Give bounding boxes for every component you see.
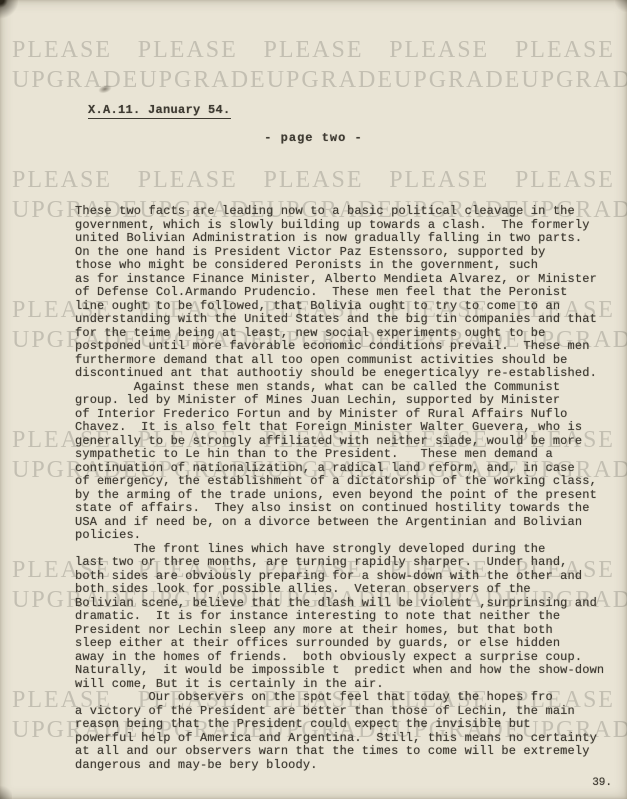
page-label: - page two - <box>0 131 627 145</box>
typewritten-line: dangerous and may-be bery bloody. <box>75 759 604 773</box>
typewritten-line: President nor Lechin sleep any more at t… <box>75 624 604 638</box>
typewritten-line: dramatic. It is for instance interesting… <box>75 610 604 624</box>
typewritten-line: Naturally, it would be impossible t pred… <box>75 664 604 678</box>
typewritten-line: a victory of the President are better th… <box>75 705 604 719</box>
body-text: These two facts are leading now to a bas… <box>75 205 604 772</box>
typewritten-line: at all and our observers warn that the t… <box>75 745 604 759</box>
typewritten-line: Chavez. It is also felt that Foreign Min… <box>75 421 604 435</box>
typewritten-line: both sides are obviously preparing for a… <box>75 570 604 584</box>
typewritten-line: These two facts are leading now to a bas… <box>75 205 604 219</box>
typewritten-line: reason being that the President could ex… <box>75 718 604 732</box>
typewritten-line: will come, But it is certainly in the ai… <box>75 678 604 692</box>
typewritten-line: powerful help of America and Argentina. … <box>75 732 604 746</box>
typewritten-line: On the one hand is President Victor Paz … <box>75 246 604 260</box>
typewritten-line: furthermore demand that all too open com… <box>75 354 604 368</box>
typewritten-line: united Bolivian Administration is now gr… <box>75 232 604 246</box>
typewritten-line: USA and if need be, on a divorce between… <box>75 516 604 530</box>
typewritten-line: discontinued ant that authootiy should b… <box>75 367 604 381</box>
typewritten-line: state of affairs. They also insist on co… <box>75 502 604 516</box>
page-number: 39. <box>592 777 612 789</box>
typewritten-line: generally to be strongly affiliated with… <box>75 435 604 449</box>
typewritten-line: of Defense Col.Armando Prudencio. These … <box>75 286 604 300</box>
typewritten-line: sympathetic to Le hin than to the Presid… <box>75 448 604 462</box>
scan-corner-shadow-top-left <box>0 0 18 20</box>
typewritten-line: sleep either at their offices surrounded… <box>75 637 604 651</box>
typewritten-line: The front lines which have strongly deve… <box>75 543 604 557</box>
typewritten-line: away in the homes of friends. both obvio… <box>75 651 604 665</box>
typewritten-line: both sides look for possible allies. Vet… <box>75 583 604 597</box>
typewritten-line: for the teime being at least, new social… <box>75 327 604 341</box>
typewritten-line: by the arming of the trade unions, even … <box>75 489 604 503</box>
typewritten-line: last two or three months, are turning ra… <box>75 556 604 570</box>
document-header-text: X.A.11. January 54. <box>88 103 231 119</box>
typewritten-line: group. led by Minister of Mines Juan Lec… <box>75 394 604 408</box>
typewritten-line: Bolivian scene, believe that the dlash w… <box>75 597 604 611</box>
typewritten-line: as for instance Finance Minister, Albert… <box>75 273 604 287</box>
typewritten-line: policies. <box>75 529 604 543</box>
scanned-document-page: PLEASEPLEASEPLEASEPLEASEPLEASEUPGRADEUPG… <box>0 0 627 799</box>
document-header: X.A.11. January 54. <box>88 103 231 117</box>
scan-corner-shadow-bottom-left <box>0 785 12 799</box>
typewritten-line: of Interior Frederico Fortun and by Mini… <box>75 408 604 422</box>
typewritten-line: postponed until more favorable economic … <box>75 340 604 354</box>
typewritten-line: continuation of nationalization, a radic… <box>75 462 604 476</box>
typewritten-content: X.A.11. January 54. - page two - These t… <box>0 0 627 799</box>
typewritten-line: government, which is slowly building up … <box>75 219 604 233</box>
scan-corner-shadow-top-right <box>615 0 627 12</box>
typewritten-line: Our observers on the spot feel that toda… <box>75 691 604 705</box>
typewritten-line: understanding with the United States and… <box>75 313 604 327</box>
typewritten-line: Against these men stands, what can be ca… <box>75 381 604 395</box>
typewritten-line: line ought to be followed, that Bolivia … <box>75 300 604 314</box>
typewritten-line: those who might be considered Peronists … <box>75 259 604 273</box>
typewritten-line: of emergency, the establishment of a dic… <box>75 475 604 489</box>
